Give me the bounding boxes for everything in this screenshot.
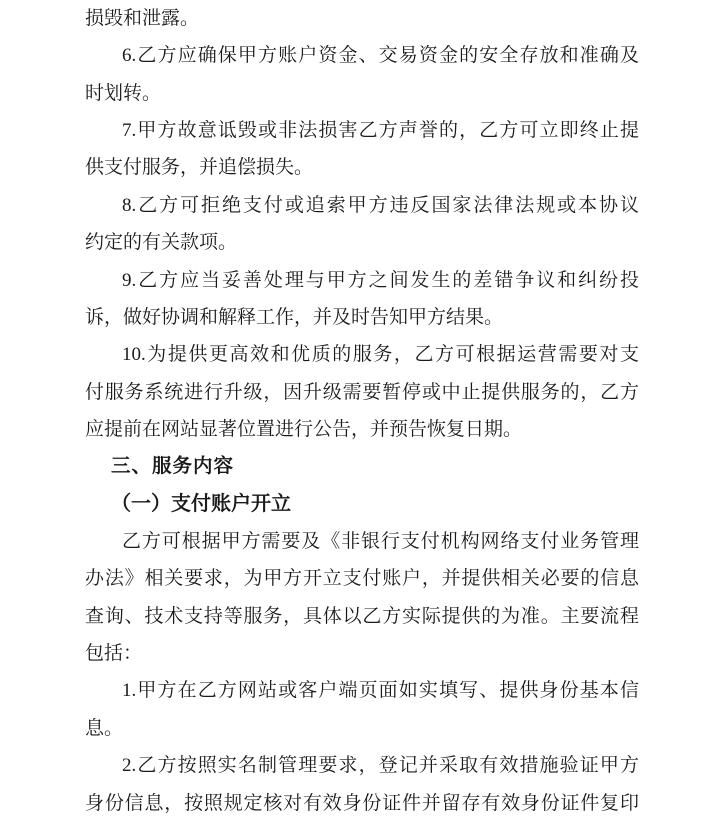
text-line: 损毁和泄露。 (85, 0, 639, 37)
text-line: 查询、技术支持等服务，具体以乙方实际提供的为准。主要流程 (85, 598, 639, 635)
paragraph-account-opening-intro: 乙方可根据甲方需要及《非银行支付机构网络支付业务管理办法》相关要求，为甲方开立支… (85, 523, 639, 672)
text-line: 约定的有关款项。 (85, 224, 639, 261)
document-page: 损毁和泄露。6.乙方应确保甲方账户资金、交易资金的安全存放和准确及时划转。7.甲… (0, 0, 709, 822)
subsection-heading: （一）支付账户开立 (85, 486, 639, 523)
paragraph-clause-9: 9.乙方应当妥善处理与甲方之间发生的差错争议和纠纷投诉，做好协调和解释工作，并及… (85, 262, 639, 337)
text-line: 包括： (85, 635, 639, 672)
text-line: 三、服务内容 (85, 448, 639, 485)
text-line: 8.乙方可拒绝支付或追索甲方违反国家法律法规或本协议 (85, 187, 639, 224)
text-line: 诉，做好协调和解释工作，并及时告知甲方结果。 (85, 299, 639, 336)
document-content: 损毁和泄露。6.乙方应确保甲方账户资金、交易资金的安全存放和准确及时划转。7.甲… (85, 0, 639, 822)
text-line: 息。 (85, 710, 639, 747)
text-line: 6.乙方应确保甲方账户资金、交易资金的安全存放和准确及 (85, 37, 639, 74)
paragraph-clause-10: 10.为提供更高效和优质的服务，乙方可根据运营需要对支付服务系统进行升级，因升级… (85, 336, 639, 448)
text-line: 供支付服务，并追偿损失。 (85, 149, 639, 186)
text-line: 办法》相关要求，为甲方开立支付账户，并提供相关必要的信息 (85, 560, 639, 597)
text-line: 身份信息，按照规定核对有效身份证件并留存有效身份证件复印 (85, 785, 639, 822)
text-line: 付服务系统进行升级，因升级需要暂停或中止提供服务的，乙方 (85, 374, 639, 411)
paragraph-clause-8: 8.乙方可拒绝支付或追索甲方违反国家法律法规或本协议约定的有关款项。 (85, 187, 639, 262)
text-line: 2.乙方按照实名制管理要求，登记并采取有效措施验证甲方 (85, 747, 639, 784)
section-heading: 三、服务内容 (85, 448, 639, 485)
text-line: 1.甲方在乙方网站或客户端页面如实填写、提供身份基本信 (85, 672, 639, 709)
text-line: 乙方可根据甲方需要及《非银行支付机构网络支付业务管理 (85, 523, 639, 560)
paragraph-clause-7: 7.甲方故意诋毁或非法损害乙方声誉的，乙方可立即终止提供支付服务，并追偿损失。 (85, 112, 639, 187)
text-line: 7.甲方故意诋毁或非法损害乙方声誉的，乙方可立即终止提 (85, 112, 639, 149)
paragraph-flow-step-2: 2.乙方按照实名制管理要求，登记并采取有效措施验证甲方身份信息，按照规定核对有效… (85, 747, 639, 822)
text-line: （一）支付账户开立 (85, 486, 639, 523)
paragraph-clause-6: 6.乙方应确保甲方账户资金、交易资金的安全存放和准确及时划转。 (85, 37, 639, 112)
paragraph-flow-step-1: 1.甲方在乙方网站或客户端页面如实填写、提供身份基本信息。 (85, 672, 639, 747)
text-line: 9.乙方应当妥善处理与甲方之间发生的差错争议和纠纷投 (85, 262, 639, 299)
text-line: 10.为提供更高效和优质的服务，乙方可根据运营需要对支 (85, 336, 639, 373)
paragraph-clause-5-continuation: 损毁和泄露。 (85, 0, 639, 37)
text-line: 应提前在网站显著位置进行公告，并预告恢复日期。 (85, 411, 639, 448)
text-line: 时划转。 (85, 75, 639, 112)
